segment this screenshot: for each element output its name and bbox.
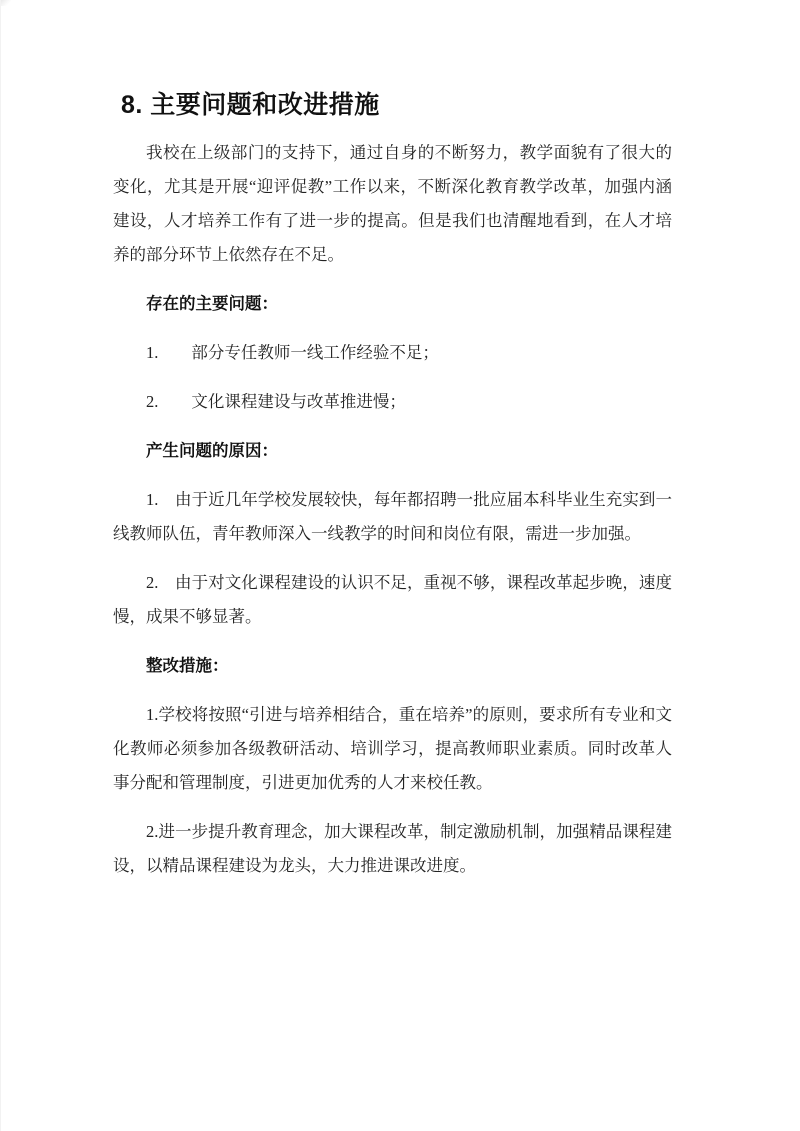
problem-item-2: 2. 文化课程建设与改革推进慢； <box>113 385 672 419</box>
measures-heading: 整改措施： <box>113 649 672 683</box>
document-page: 8. 主要问题和改进措施 我校在上级部门的支持下，通过自身的不断努力，教学面貌有… <box>0 0 800 1131</box>
problem-item-1: 1. 部分专任教师一线工作经验不足； <box>113 336 672 370</box>
intro-paragraph: 我校在上级部门的支持下，通过自身的不断努力，教学面貌有了很大的变化，尤其是开展“… <box>113 136 672 272</box>
measure-item-2: 2.进一步提升教育理念，加大课程改革，制定激励机制，加强精品课程建设，以精品课程… <box>113 815 672 883</box>
page-corner-shade <box>1 0 11 6</box>
cause-item-1: 1. 由于近几年学校发展较快，每年都招聘一批应届本科毕业生充实到一线教师队伍，青… <box>113 483 672 551</box>
cause-item-2: 2. 由于对文化课程建设的认识不足，重视不够，课程改革起步晚，速度慢，成果不够显… <box>113 566 672 634</box>
section-title: 8. 主要问题和改进措施 <box>121 88 672 122</box>
causes-heading: 产生问题的原因： <box>113 434 672 468</box>
problems-heading: 存在的主要问题： <box>113 287 672 321</box>
measure-item-1: 1.学校将按照“引进与培养相结合，重在培养”的原则，要求所有专业和文化教师必须参… <box>113 698 672 800</box>
